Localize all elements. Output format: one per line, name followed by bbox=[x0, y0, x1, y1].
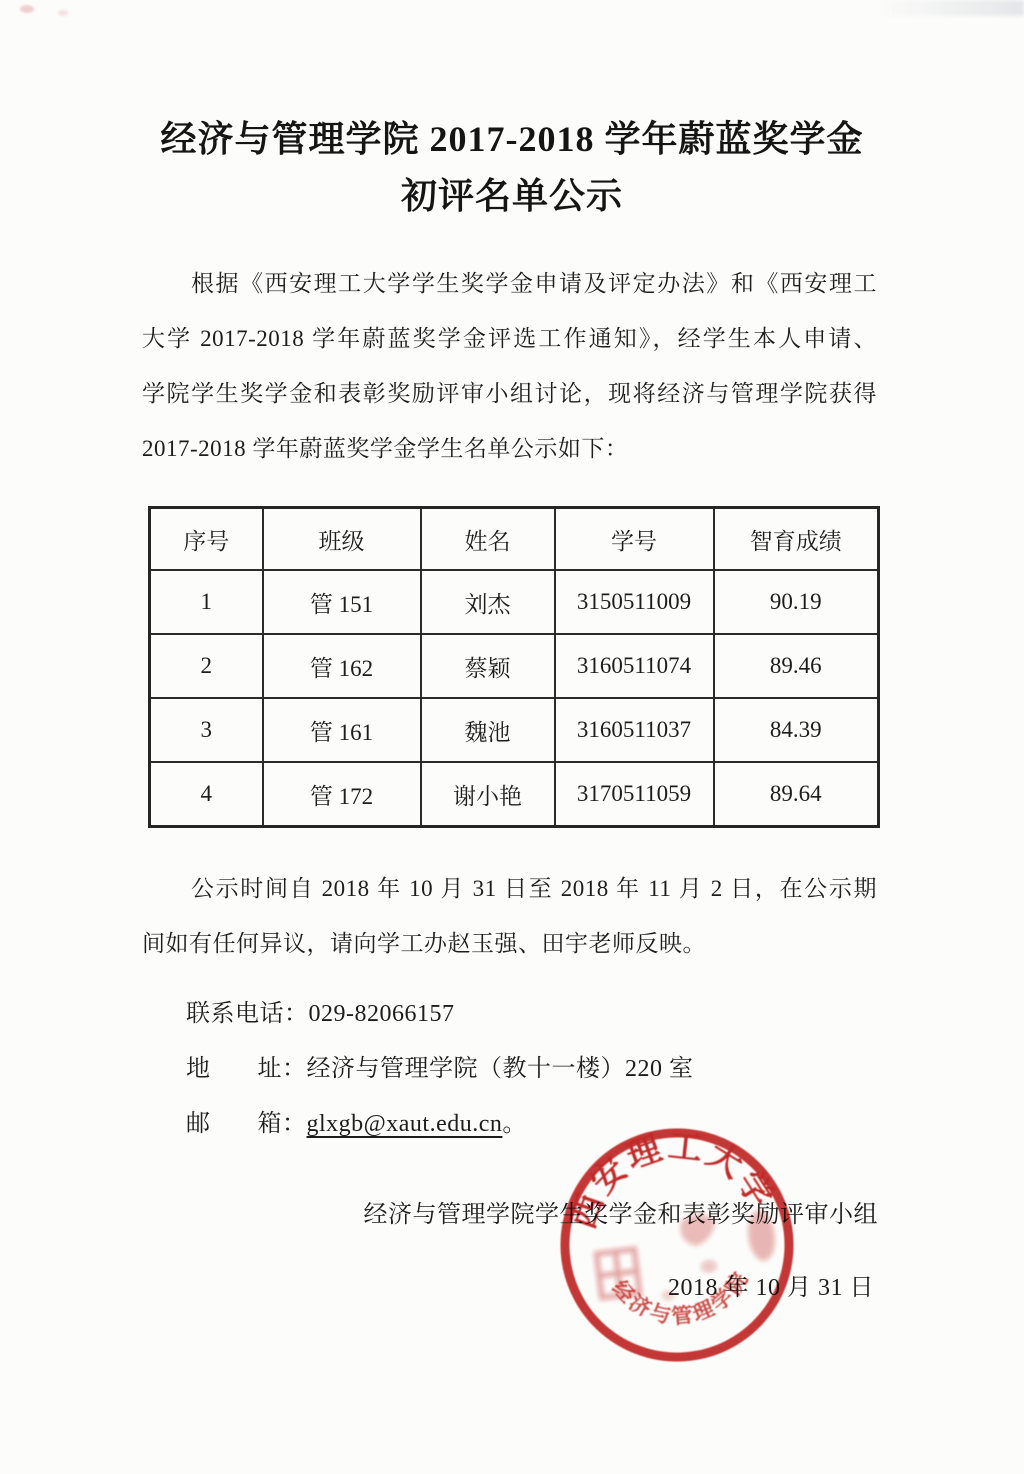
email-label-char: 箱 bbox=[258, 1097, 283, 1152]
email-period: 。 bbox=[502, 1111, 527, 1137]
intro-line: 学院学生奖学金和表彰奖励评审小组讨论，现将经济与管理学院获得 bbox=[142, 366, 877, 421]
address-label: 地址 bbox=[186, 1042, 282, 1097]
official-seal-stamp: 西安理工大学 经济与管理学院 bbox=[556, 1124, 798, 1366]
email-colon: ： bbox=[282, 1111, 307, 1137]
phone-line: 联系电话：029-82066157 bbox=[186, 987, 694, 1042]
seal-ink-smudges bbox=[593, 1206, 781, 1309]
address-label-char: 地 bbox=[186, 1042, 211, 1097]
cell-index: 1 bbox=[150, 570, 263, 634]
table-row: 1 管 151 刘杰 3150511009 90.19 bbox=[150, 570, 879, 634]
address-value: 经济与管理学院（教十一楼）220 室 bbox=[307, 1056, 694, 1082]
cell-score: 89.46 bbox=[714, 634, 879, 698]
email-address: glxgb@xaut.edu.cn bbox=[307, 1111, 503, 1137]
cell-class: 管 151 bbox=[263, 570, 421, 634]
cell-index: 3 bbox=[150, 698, 263, 762]
header-name: 姓名 bbox=[421, 508, 555, 571]
header-id: 学号 bbox=[555, 508, 714, 571]
address-label-char: 址 bbox=[258, 1042, 283, 1097]
scan-speck bbox=[58, 10, 68, 16]
notice-line: 间如有任何异议，请向学工办赵玉强、田宇老师反映。 bbox=[142, 916, 877, 971]
table-header-row: 序号 班级 姓名 学号 智育成绩 bbox=[150, 508, 879, 571]
scholarship-table: 序号 班级 姓名 学号 智育成绩 1 管 151 刘杰 3150511009 9… bbox=[148, 506, 880, 828]
notice-paragraph: 公示时间自 2018 年 10 月 31 日至 2018 年 11 月 2 日，… bbox=[142, 861, 877, 971]
intro-line: 大学 2017-2018 学年蔚蓝奖学金评选工作通知》，经学生本人申请、 bbox=[142, 311, 877, 366]
address-line: 地址：经济与管理学院（教十一楼）220 室 bbox=[186, 1042, 694, 1097]
cell-id: 3160511074 bbox=[555, 634, 714, 698]
cell-name: 谢小艳 bbox=[421, 762, 555, 827]
cell-id: 3160511037 bbox=[555, 698, 714, 762]
cell-index: 2 bbox=[150, 634, 263, 698]
intro-paragraph: 根据《西安理工大学学生奖学金申请及评定办法》和《西安理工 大学 2017-201… bbox=[142, 256, 877, 476]
document-title: 经济与管理学院 2017-2018 学年蔚蓝奖学金 初评名单公示 bbox=[0, 111, 1024, 225]
scan-smudge bbox=[874, 0, 1024, 16]
table-row: 4 管 172 谢小艳 3170511059 89.64 bbox=[150, 762, 879, 827]
cell-class: 管 161 bbox=[263, 698, 421, 762]
cell-index: 4 bbox=[150, 762, 263, 827]
cell-id: 3170511059 bbox=[555, 762, 714, 827]
cell-score: 89.64 bbox=[714, 762, 879, 827]
table-row: 3 管 161 魏池 3160511037 84.39 bbox=[150, 698, 879, 762]
header-score: 智育成绩 bbox=[714, 508, 879, 571]
intro-line: 根据《西安理工大学学生奖学金申请及评定办法》和《西安理工 bbox=[142, 256, 877, 311]
phone-label: 联系电话： bbox=[186, 1001, 309, 1027]
intro-line: 2017-2018 学年蔚蓝奖学金学生名单公示如下： bbox=[142, 421, 877, 476]
email-label: 邮箱 bbox=[186, 1097, 282, 1152]
header-index: 序号 bbox=[150, 508, 263, 571]
address-colon: ： bbox=[282, 1056, 307, 1082]
email-label-char: 邮 bbox=[186, 1097, 211, 1152]
cell-id: 3150511009 bbox=[555, 570, 714, 634]
document-title-line-1: 经济与管理学院 2017-2018 学年蔚蓝奖学金 bbox=[0, 111, 1024, 168]
notice-line: 公示时间自 2018 年 10 月 31 日至 2018 年 11 月 2 日，… bbox=[142, 861, 877, 916]
cell-name: 魏池 bbox=[421, 698, 555, 762]
cell-score: 84.39 bbox=[714, 698, 879, 762]
cell-name: 刘杰 bbox=[421, 570, 555, 634]
header-class: 班级 bbox=[263, 508, 421, 571]
cell-score: 90.19 bbox=[714, 570, 879, 634]
table-row: 2 管 162 蔡颖 3160511074 89.46 bbox=[150, 634, 879, 698]
phone-value: 029-82066157 bbox=[309, 1001, 455, 1027]
cell-name: 蔡颖 bbox=[421, 634, 555, 698]
scan-speck bbox=[20, 5, 34, 13]
document-page: 经济与管理学院 2017-2018 学年蔚蓝奖学金 初评名单公示 根据《西安理工… bbox=[0, 0, 1024, 1474]
document-title-line-2: 初评名单公示 bbox=[0, 168, 1024, 225]
cell-class: 管 172 bbox=[263, 762, 421, 827]
cell-class: 管 162 bbox=[263, 634, 421, 698]
